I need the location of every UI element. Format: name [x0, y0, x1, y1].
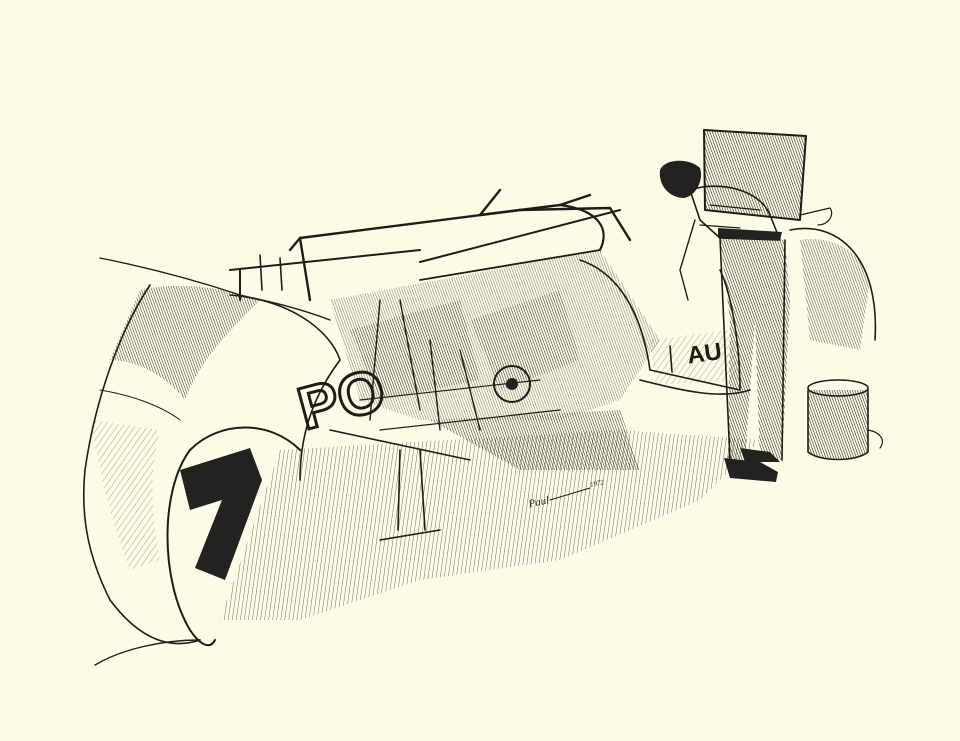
illustration: 7 PO AU — [0, 0, 960, 741]
fuel-can — [808, 380, 882, 460]
side-lettering-text: AU — [685, 338, 723, 370]
ink-drawing: 7 PO AU — [0, 0, 960, 741]
ground-shadow — [220, 410, 760, 620]
rear-wheel — [790, 208, 875, 350]
mechanic-figure — [660, 130, 806, 482]
